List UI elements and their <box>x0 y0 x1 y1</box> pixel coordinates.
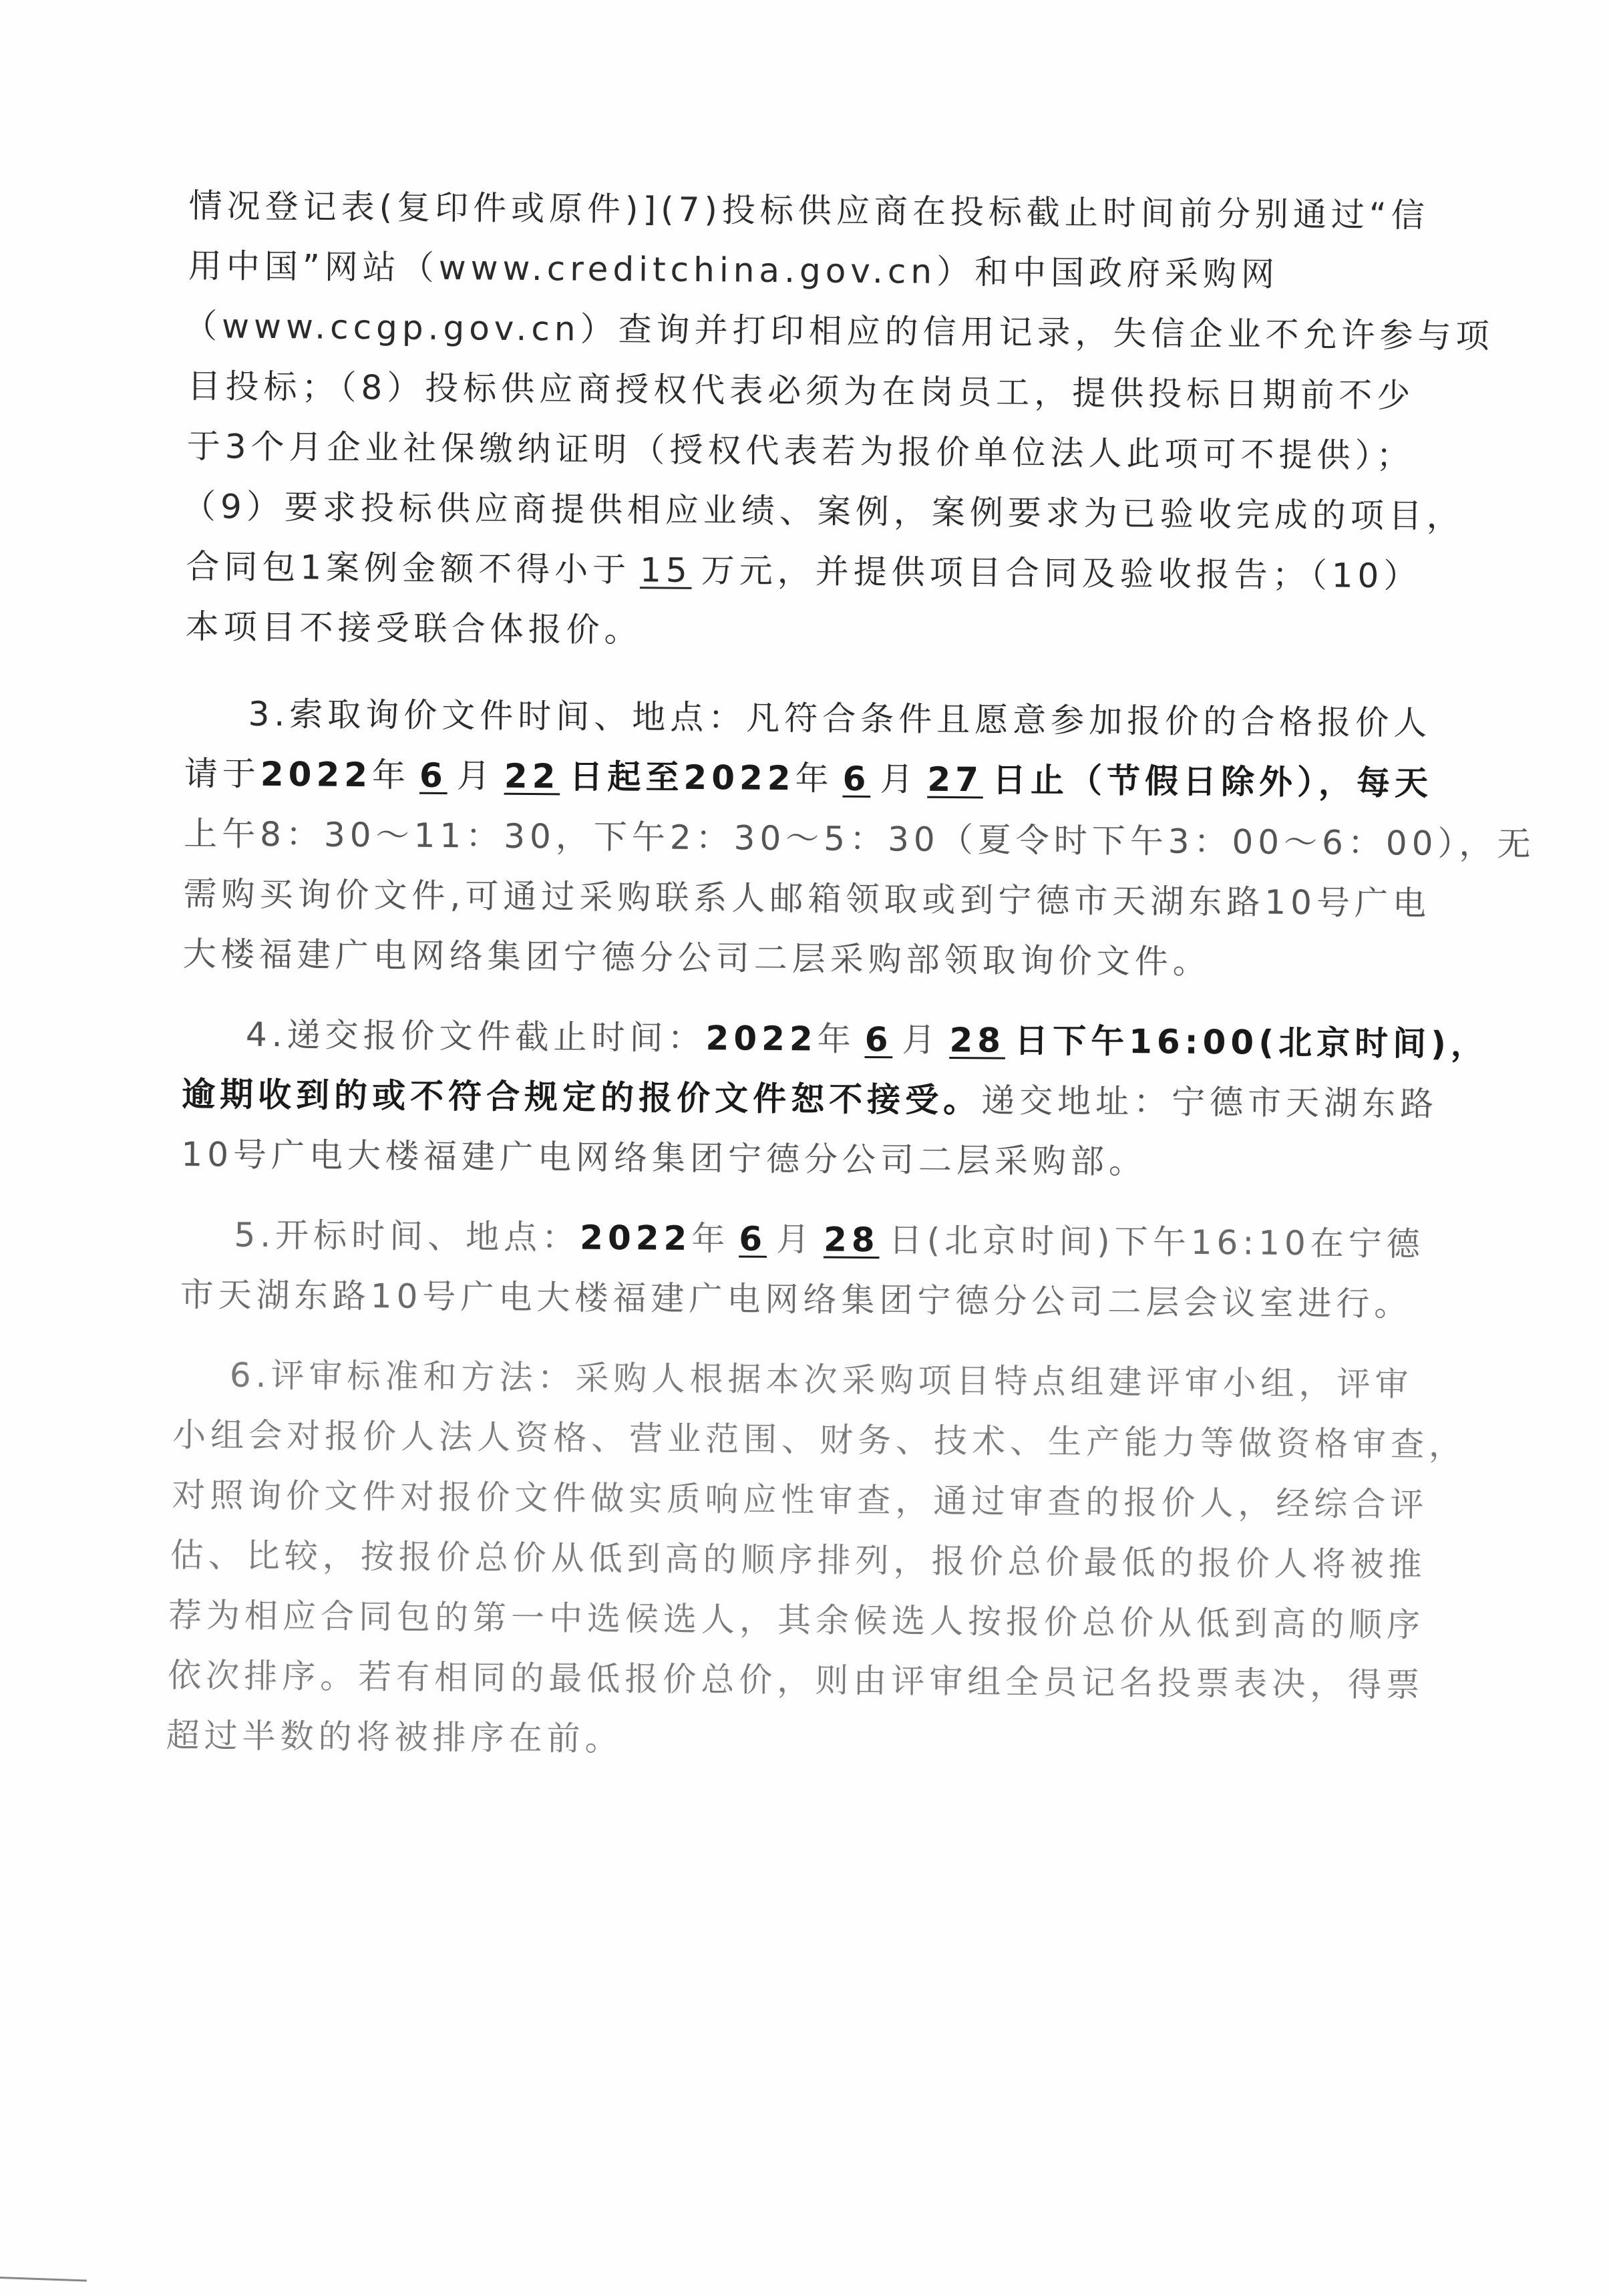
paragraph-line: 上午8：30～11：30，下午2：30～5：30（夏令时下午3：00～6：00）… <box>184 814 1536 864</box>
text-segment: 万元，并提供项目合同及验收报告；（10） <box>701 551 1422 595</box>
section-6-heading-line: 6.评审标准和方法：采购人根据本次采购项目特点组建评审小组，评审 <box>230 1355 1413 1405</box>
scan-edge-shadow <box>0 2277 87 2282</box>
section-5-heading-line: 5.开标时间、地点：2022年6月28日(北京时间)下午16:10在宁德 <box>234 1215 1425 1265</box>
text-segment: 年 <box>372 756 410 794</box>
text-segment: 合同包1案例金额不得小于 <box>186 547 631 589</box>
paragraph-line: 对照询价文件对报价文件做实质响应性审查，通过审查的报价人，经综合评 <box>172 1475 1428 1525</box>
text-segment: 月 <box>776 1220 814 1259</box>
section-3-heading-line: 3.索取询价文件时间、地点：凡符合条件且愿意参加报价的合格报价人 <box>248 694 1431 744</box>
paragraph-line: 超过半数的将被排序在前。 <box>166 1715 622 1759</box>
text-segment: 月 <box>457 756 495 795</box>
text-segment: 月 <box>880 760 918 798</box>
paragraph-line: 估、比较，按报价总价从低到高的顺序排列，报价总价最低的报价人将被推 <box>170 1535 1426 1585</box>
paragraph-line: 于3个月企业社保缴纳证明（授权代表若为报价单位法人此项可不提供）； <box>187 426 1415 476</box>
opening-month: 6 <box>729 1218 776 1259</box>
text-segment: 月 <box>902 1020 940 1059</box>
paragraph-line: 10号广电大楼福建广电网络集团宁德分公司二层采购部。 <box>181 1134 1147 1182</box>
opening-year: 2022 <box>580 1218 692 1258</box>
paragraph-line: 目投标；（8）投标供应商授权代表必须为在岗员工，提供投标日期前不少 <box>187 366 1415 416</box>
section-heading: 5.开标时间、地点： <box>234 1216 580 1257</box>
paragraph-line: 逾期收到的或不符合规定的报价文件恕不接受。递交地址：宁德市天湖东路 <box>182 1074 1438 1124</box>
paragraph-line: 需购买询价文件,可通过采购联系人邮箱领取或到宁德市天湖东路10号广电 <box>183 874 1431 924</box>
text-segment: 递交地址：宁德市天湖东路 <box>981 1081 1438 1123</box>
paragraph-line: 市天湖东路10号广电大楼福建广电网络集团宁德分公司二层会议室进行。 <box>180 1275 1413 1324</box>
text-segment: 日止（节假日除外），每天 <box>993 760 1433 802</box>
paragraph-line: 大楼福建广电网络集团宁德分公司二层采购部领取询价文件。 <box>183 934 1211 982</box>
paragraph-line: 荐为相应合同包的第一中选候选人，其余候选人按报价总价从低到高的顺序 <box>168 1595 1425 1645</box>
paragraph-line: 小组会对报价人法人资格、营业范围、财务、技术、生产能力等做资格审查， <box>172 1415 1467 1465</box>
text-segment: 日起至 <box>569 757 683 796</box>
late-submission-notice: 逾期收到的或不符合规定的报价文件恕不接受。 <box>182 1075 981 1120</box>
text-segment: 请于 <box>184 754 260 794</box>
end-year: 2022 <box>683 758 795 798</box>
paragraph-line: 情况登记表(复印件或原件)](7)投标供应商在投标截止时间前分别通过“信 <box>188 186 1429 236</box>
section-3-date-line: 请于2022年6月22日起至2022年6月27日止（节假日除外），每天 <box>184 754 1433 804</box>
paragraph-line: 本项目不接受联合体报价。 <box>185 607 642 650</box>
text-segment: 年 <box>795 759 833 798</box>
opening-day: 28 <box>814 1219 889 1260</box>
paragraph-line: 合同包1案例金额不得小于15万元，并提供项目合同及验收报告；（10） <box>186 546 1421 597</box>
text-segment: 凡符合条件且愿意参加报价的合格报价人 <box>746 699 1431 743</box>
amount-value: 15 <box>631 550 701 591</box>
section-4-heading-line: 4.递交报价文件截止时间：2022年6月28日下午16:00(北京时间)， <box>246 1015 1489 1065</box>
paragraph-line: 依次排序。若有相同的最低报价总价，则由评审组全员记名投票表决，得票 <box>168 1655 1424 1705</box>
paragraph-line: 用中国”网站（www.creditchina.gov.cn）和中国政府采购网 <box>188 246 1280 295</box>
paragraph-line: （9）要求投标供应商提供相应业绩、案例，案例要求为已验收完成的项目， <box>182 486 1465 536</box>
text-segment: 年 <box>691 1219 729 1258</box>
document-body: 情况登记表(复印件或原件)](7)投标供应商在投标截止时间前分别通过“信 用中国… <box>190 0 1459 10</box>
deadline-year: 2022 <box>705 1019 818 1058</box>
start-day: 22 <box>495 756 570 797</box>
section-heading: 4.递交报价文件截止时间： <box>246 1015 706 1057</box>
scanned-page: 情况登记表(复印件或原件)](7)投标供应商在投标截止时间前分别通过“信 用中国… <box>0 0 1609 2296</box>
start-year: 2022 <box>260 755 373 794</box>
start-month: 6 <box>410 756 457 796</box>
end-day: 27 <box>918 760 993 800</box>
end-month: 6 <box>833 759 880 800</box>
deadline-month: 6 <box>855 1019 902 1060</box>
section-heading: 3.索取询价文件时间、地点： <box>248 695 746 737</box>
paragraph-line: （www.ccgp.gov.cn）查询并打印相应的信用记录，失信企业不允许参与项 <box>184 306 1494 356</box>
deadline-day: 28 <box>940 1020 1015 1061</box>
opening-time: 日(北京时间)下午16:10在宁德 <box>889 1220 1425 1263</box>
text-segment: 年 <box>817 1019 855 1058</box>
deadline-time: 日下午16:00(北京时间)， <box>1015 1021 1489 1064</box>
